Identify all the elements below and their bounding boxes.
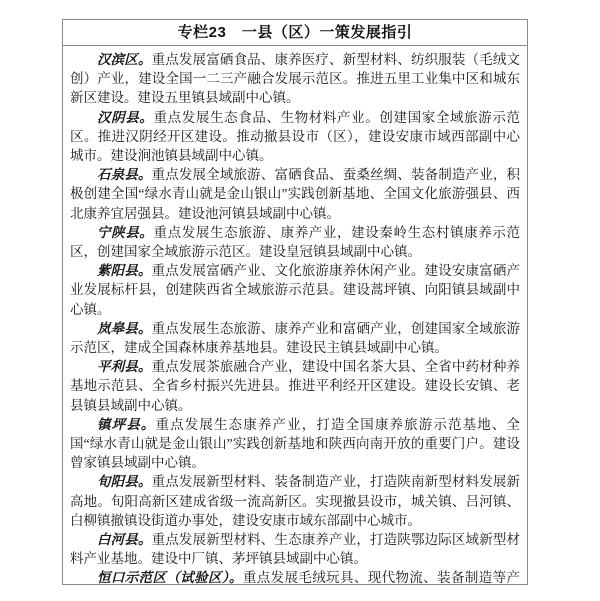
county-name: 岚皋县。 [97, 321, 152, 336]
box-title: 专栏23 一县（区）一策发展指引 [63, 20, 527, 46]
document-page: 专栏23 一县（区）一策发展指引 汉滨区。重点发展富硒食品、康养医疗、新型材料、… [0, 0, 600, 601]
county-name: 紫阳县。 [97, 263, 152, 278]
county-name: 平利县。 [97, 359, 152, 374]
county-paragraph: 旬阳县。重点发展新型材料、装备制造产业，打造陕南新型材料发展新高地。旬阳高新区建… [70, 472, 520, 530]
county-paragraph: 岚皋县。重点发展生态旅游、康养产业和富硒产业，创建国家全域旅游示范区，建成全国森… [70, 319, 520, 357]
county-name: 恒口示范区（试验区）。 [97, 570, 243, 585]
county-name: 镇坪县。 [97, 417, 156, 432]
county-name: 汉阴县。 [97, 110, 153, 125]
box-body: 汉滨区。重点发展富硒食品、康养医疗、新型材料、纺织服装（毛绒文创）产业，建设全国… [63, 46, 527, 585]
county-name: 旬阳县。 [97, 474, 152, 489]
county-name: 白河县。 [97, 532, 152, 547]
county-name: 石泉县。 [97, 167, 152, 182]
county-paragraph: 宁陕县。重点发展生态旅游、康养产业，建设秦岭生态村镇康养示范区，创建国家全域旅游… [70, 223, 520, 261]
county-paragraph: 汉阴县。重点发展生态食品、生物材料产业。创建国家全域旅游示范区。推进汉阴经开区建… [70, 108, 520, 166]
county-paragraph: 汉滨区。重点发展富硒食品、康养医疗、新型材料、纺织服装（毛绒文创）产业，建设全国… [70, 50, 520, 108]
county-paragraph: 紫阳县。重点发展富硒产业、文化旅游康养休闲产业。建设安康富硒产业发展标杆县，创建… [70, 261, 520, 319]
county-paragraph: 恒口示范区（试验区）。重点发展毛绒玩具、现代物流、装备制造等产业。完善城镇基础设… [70, 568, 520, 585]
county-paragraph: 平利县。重点发展茶旅融合产业，建设中国名茶大县、全省中药材种养基地示范县、全省乡… [70, 357, 520, 415]
policy-box: 专栏23 一县（区）一策发展指引 汉滨区。重点发展富硒食品、康养医疗、新型材料、… [62, 19, 528, 585]
county-name: 汉滨区。 [97, 52, 152, 67]
county-paragraph: 白河县。重点发展新型材料、生态康养产业，打造陕鄂边际区域新型材料产业基地。建设中… [70, 530, 520, 568]
county-name: 宁陕县。 [97, 225, 153, 240]
county-paragraph: 镇坪县。重点发展生态康养产业，打造全国康养旅游示范基地、全国“绿水青山就是金山银… [70, 415, 520, 473]
county-paragraph: 石泉县。重点发展全域旅游、富硒食品、蚕桑丝绸、装备制造产业，积极创建全国“绿水青… [70, 165, 520, 223]
